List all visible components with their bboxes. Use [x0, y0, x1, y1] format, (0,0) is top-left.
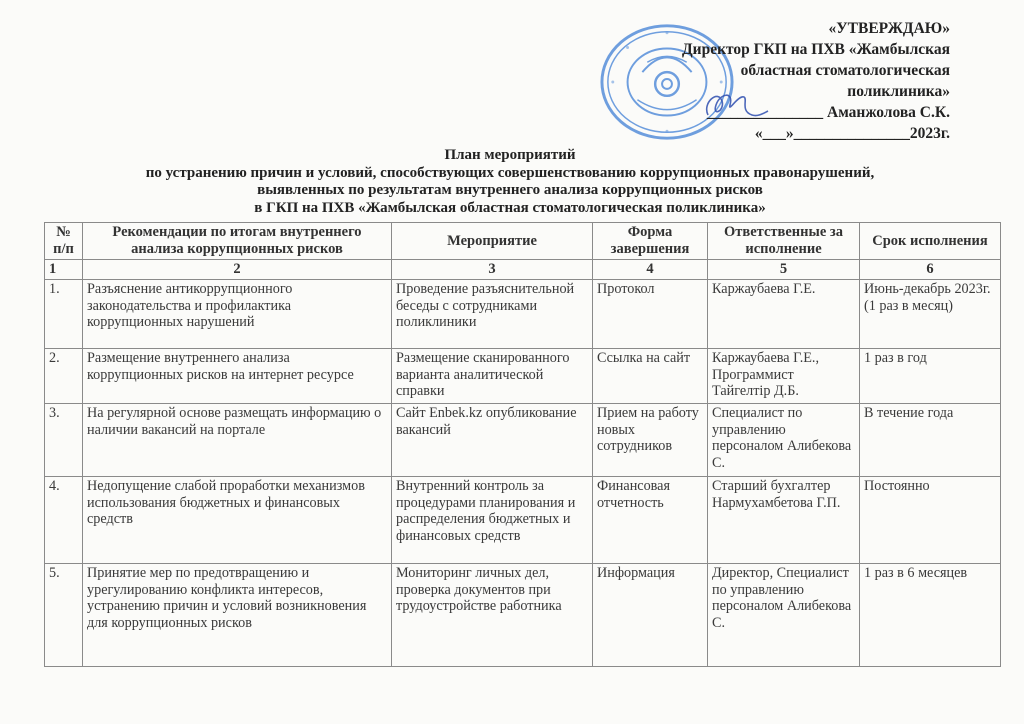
row-number: 3.: [45, 404, 83, 477]
row-measure: Внутренний контроль за процедурами плани…: [392, 477, 593, 564]
approval-position-line-2: областная стоматологическая: [682, 60, 950, 81]
column-number: 3: [392, 260, 593, 280]
title-line-4: в ГКП на ПХВ «Жамбылская областная стома…: [60, 200, 960, 218]
title-line-3: выявленных по результатам внутреннего ан…: [60, 182, 960, 200]
column-number: 2: [83, 260, 392, 280]
row-responsible: Директор, Специалист по управлению персо…: [708, 564, 860, 667]
row-completion-form: Протокол: [593, 280, 708, 349]
table-row: 4. Недопущение слабой проработки механиз…: [45, 477, 1001, 564]
title-line-2: по устранению причин и условий, способст…: [60, 165, 960, 183]
column-number-row: 1 2 3 4 5 6: [45, 260, 1001, 280]
table-header-row: № п/п Рекомендации по итогам внутреннего…: [45, 223, 1001, 260]
table-row: 1. Разъяснение антикоррупционного законо…: [45, 280, 1001, 349]
row-recommendation: Принятие мер по предотвращению и урегули…: [83, 564, 392, 667]
row-completion-form: Ссылка на сайт: [593, 349, 708, 404]
header-recommendation: Рекомендации по итогам внутреннего анали…: [83, 223, 392, 260]
row-responsible: Каржаубаева Г.Е., Программист Тайгелтір …: [708, 349, 860, 404]
row-recommendation: На регулярной основе размещать информаци…: [83, 404, 392, 477]
header-measure: Мероприятие: [392, 223, 593, 260]
row-recommendation: Недопущение слабой проработки механизмов…: [83, 477, 392, 564]
row-completion-form: Финансовая отчетность: [593, 477, 708, 564]
header-number: № п/п: [45, 223, 83, 260]
approval-heading: «УТВЕРЖДАЮ»: [682, 18, 950, 39]
approval-signatory: _______________ Аманжолова С.К.: [682, 102, 950, 123]
column-number: 6: [860, 260, 1001, 280]
row-measure: Мониторинг личных дел, проверка документ…: [392, 564, 593, 667]
header-completion-form: Форма завершения: [593, 223, 708, 260]
title-line-1: План мероприятий: [60, 147, 960, 165]
column-number: 4: [593, 260, 708, 280]
header-deadline: Срок исполнения: [860, 223, 1001, 260]
row-completion-form: Прием на работу новых сотрудников: [593, 404, 708, 477]
row-measure: Проведение разъяснительной беседы с сотр…: [392, 280, 593, 349]
row-deadline: 1 раз в 6 месяцев: [860, 564, 1001, 667]
approval-date: «___»_______________2023г.: [682, 123, 950, 144]
table-row: 3. На регулярной основе размещать информ…: [45, 404, 1001, 477]
row-recommendation: Разъяснение антикоррупционного законодат…: [83, 280, 392, 349]
row-measure: Сайт Enbek.kz опубликование вакансий: [392, 404, 593, 477]
table-row: 2. Размещение внутреннего анализа корруп…: [45, 349, 1001, 404]
row-responsible: Старший бухгалтер Нармухамбетова Г.П.: [708, 477, 860, 564]
row-deadline: Постоянно: [860, 477, 1001, 564]
row-recommendation: Размещение внутреннего анализа коррупцио…: [83, 349, 392, 404]
row-responsible: Специалист по управлению персоналом Алиб…: [708, 404, 860, 477]
row-number: 4.: [45, 477, 83, 564]
column-number: 1: [45, 260, 83, 280]
row-number: 5.: [45, 564, 83, 667]
row-deadline: 1 раз в год: [860, 349, 1001, 404]
row-deadline: Июнь-декабрь 2023г. (1 раз в месяц): [860, 280, 1001, 349]
table-row: 5. Принятие мер по предотвращению и урег…: [45, 564, 1001, 667]
row-completion-form: Информация: [593, 564, 708, 667]
row-deadline: В течение года: [860, 404, 1001, 477]
approval-block: «УТВЕРЖДАЮ» Директор ГКП на ПХВ «Жамбылс…: [682, 18, 950, 144]
row-responsible: Каржаубаева Г.Е.: [708, 280, 860, 349]
approval-position-line-1: Директор ГКП на ПХВ «Жамбылская: [682, 39, 950, 60]
row-number: 2.: [45, 349, 83, 404]
column-number: 5: [708, 260, 860, 280]
document-title: План мероприятий по устранению причин и …: [60, 147, 960, 217]
row-measure: Размещение сканированного варианта анали…: [392, 349, 593, 404]
approval-position-line-3: поликлиника»: [682, 81, 950, 102]
row-number: 1.: [45, 280, 83, 349]
header-responsible: Ответственные за исполнение: [708, 223, 860, 260]
measures-table: № п/п Рекомендации по итогам внутреннего…: [44, 222, 1001, 667]
